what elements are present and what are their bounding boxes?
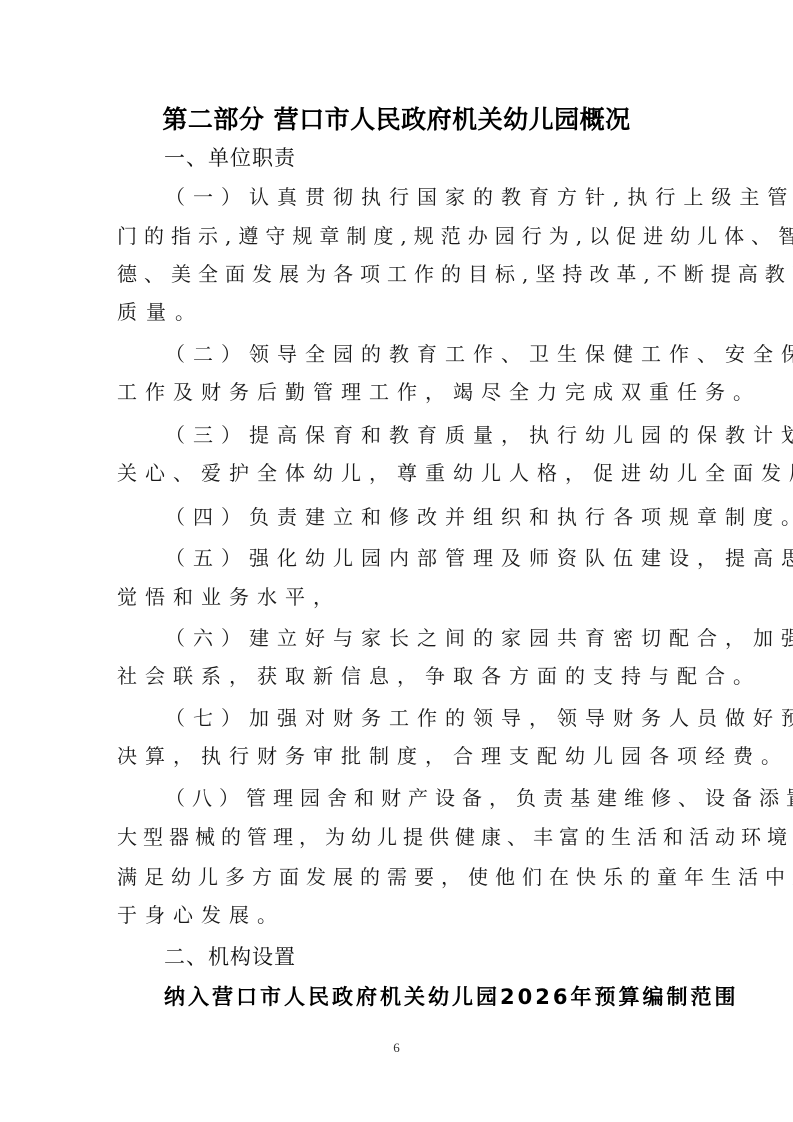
paragraph-line: （八）管理园舍和财产设备，负责基建维修、设备添置、 (165, 784, 793, 812)
paragraph-line: （七）加强对财务工作的领导，领导财务人员做好预算 (165, 704, 793, 732)
paragraph-line: 觉悟和业务水平， (117, 583, 341, 611)
paragraph-line: （二）领导全园的教育工作、卫生保健工作、安全保卫 (165, 340, 793, 368)
paragraph-line: （一）认真贯彻执行国家的教育方针,执行上级主管部 (165, 183, 793, 211)
paragraph-line: （三）提高保育和教育质量，执行幼儿园的保教计划， (165, 421, 793, 449)
document-page: 第二部分 营口市人民政府机关幼儿园概况 一、单位职责 （一）认真贯彻执行国家的教… (0, 0, 793, 1122)
paragraph-line: （四）负责建立和修改并组织和执行各项规章制度。 (165, 503, 793, 531)
page-number: 6 (0, 1040, 793, 1056)
section-heading-responsibilities: 一、单位职责 (164, 144, 296, 172)
paragraph-line: 关心、爱护全体幼儿，尊重幼儿人格，促进幼儿全面发展。 (117, 459, 793, 487)
paragraph-line: 满足幼儿多方面发展的需要，使他们在快乐的童年生活中益 (117, 863, 793, 891)
page-title: 第二部分 营口市人民政府机关幼儿园概况 (0, 104, 793, 136)
section-heading-organization: 二、机构设置 (164, 943, 296, 971)
paragraph-line: 决算，执行财务审批制度，合理支配幼儿园各项经费。 (117, 742, 789, 770)
paragraph-line: 工作及财务后勤管理工作，竭尽全力完成双重任务。 (117, 378, 761, 406)
paragraph-line: 质量。 (117, 298, 204, 326)
paragraph-line: 门的指示,遵守规章制度,规范办园行为,以促进幼儿体、智、 (117, 222, 793, 250)
paragraph-line: 德、美全面发展为各项工作的目标,坚持改革,不断提高教育 (117, 260, 793, 288)
paragraph-line: 大型器械的管理，为幼儿提供健康、丰富的生活和活动环境， (117, 823, 793, 851)
paragraph-line: （六）建立好与家长之间的家园共育密切配合，加强与 (165, 624, 793, 652)
paragraph-line: 于身心发展。 (117, 901, 285, 929)
paragraph-line: （五）强化幼儿园内部管理及师资队伍建设，提高思想 (165, 544, 793, 572)
budget-scope-line: 纳入营口市人民政府机关幼儿园2026年预算编制范围 (164, 983, 738, 1011)
paragraph-line: 社会联系，获取新信息，争取各方面的支持与配合。 (117, 662, 761, 690)
